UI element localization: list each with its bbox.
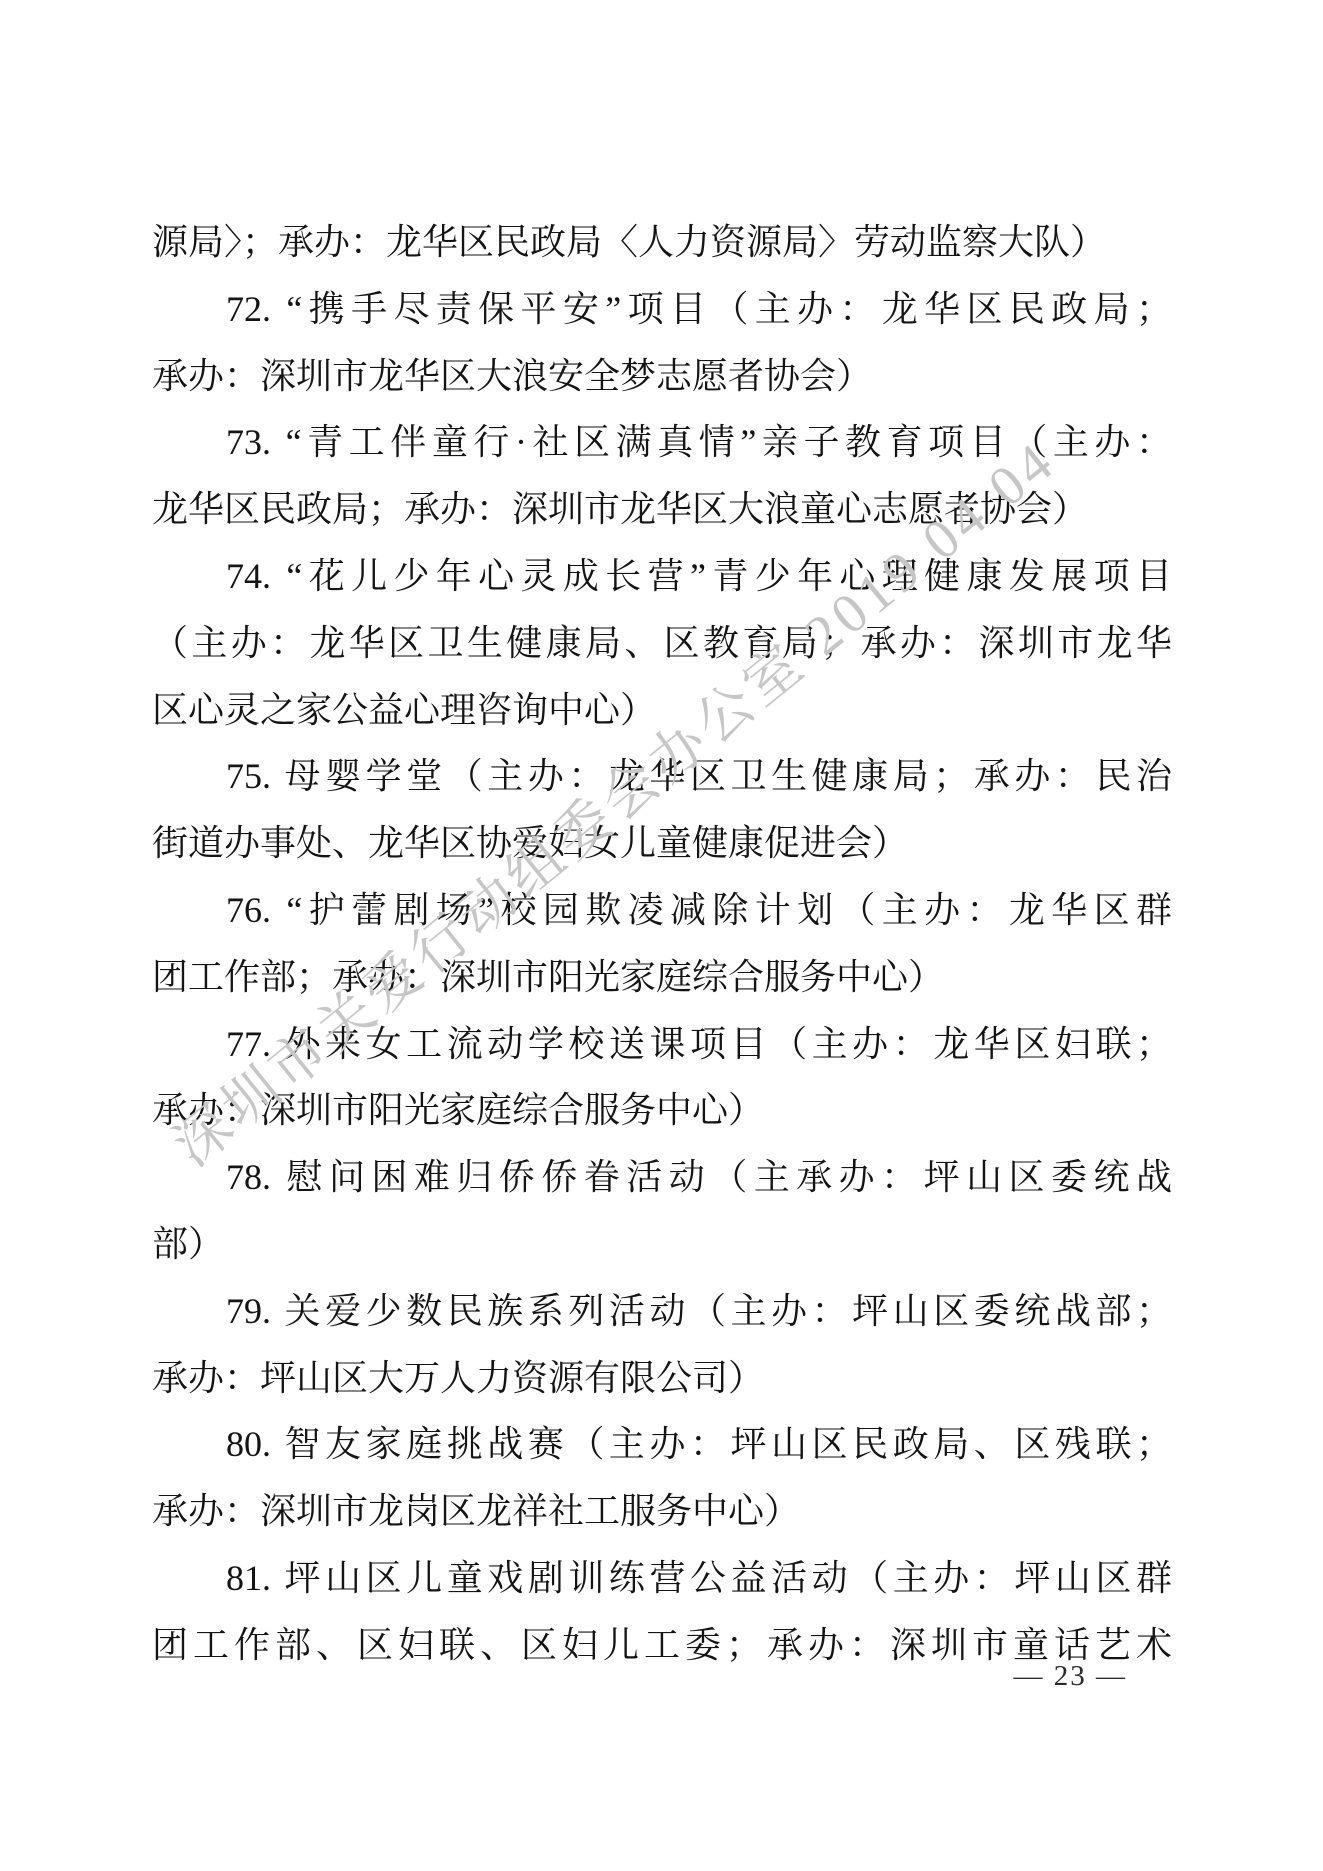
text-line: 73. “青工伴童行·社区满真情”亲子教育项目（主办：	[152, 409, 1172, 476]
text-line: 团工作部；承办：深圳市阳光家庭综合服务中心）	[152, 944, 1172, 1011]
text-line: 79. 关爱少数民族系列活动（主办：坪山区委统战部；	[152, 1278, 1172, 1345]
text-line: 承办：深圳市龙岗区龙祥社工服务中心）	[152, 1478, 1172, 1545]
text-line: 75. 母婴学堂（主办：龙华区卫生健康局；承办：民治	[152, 743, 1172, 810]
text-line: 76. “护蕾剧场”校园欺凌减除计划（主办：龙华区群	[152, 877, 1172, 944]
text-line: 77. 外来女工流动学校送课项目（主办：龙华区妇联；	[152, 1011, 1172, 1078]
document-body: 源局〉；承办：龙华区民政局〈人力资源局〉劳动监察大队）72. “携手尽责保平安”…	[152, 209, 1172, 1679]
text-line: 区心灵之家公益心理咨询中心）	[152, 677, 1172, 744]
text-line: 78. 慰问困难归侨侨眷活动（主承办：坪山区委统战	[152, 1144, 1172, 1211]
text-line: 承办：深圳市阳光家庭综合服务中心）	[152, 1077, 1172, 1144]
text-line: 源局〉；承办：龙华区民政局〈人力资源局〉劳动监察大队）	[152, 209, 1172, 276]
text-line: 龙华区民政局；承办：深圳市龙华区大浪童心志愿者协会）	[152, 476, 1172, 543]
document-page: 深圳市关爱行动组委会办公室 2019 04 04 源局〉；承办：龙华区民政局〈人…	[0, 0, 1323, 1871]
text-line: 72. “携手尽责保平安”项目（主办：龙华区民政局；	[152, 276, 1172, 343]
text-line: 80. 智友家庭挑战赛（主办：坪山区民政局、区残联；	[152, 1411, 1172, 1478]
text-line: 74. “花儿少年心灵成长营”青少年心理健康发展项目	[152, 543, 1172, 610]
page-number: — 23 —	[1014, 1660, 1128, 1693]
text-line: 街道办事处、龙华区协爱妇女儿童健康促进会）	[152, 810, 1172, 877]
text-line: （主办：龙华区卫生健康局、区教育局；承办：深圳市龙华	[152, 610, 1172, 677]
text-line: 部）	[152, 1211, 1172, 1278]
text-line: 承办：坪山区大万人力资源有限公司）	[152, 1345, 1172, 1412]
text-line: 81. 坪山区儿童戏剧训练营公益活动（主办：坪山区群	[152, 1545, 1172, 1612]
text-line: 承办：深圳市龙华区大浪安全梦志愿者协会）	[152, 343, 1172, 410]
